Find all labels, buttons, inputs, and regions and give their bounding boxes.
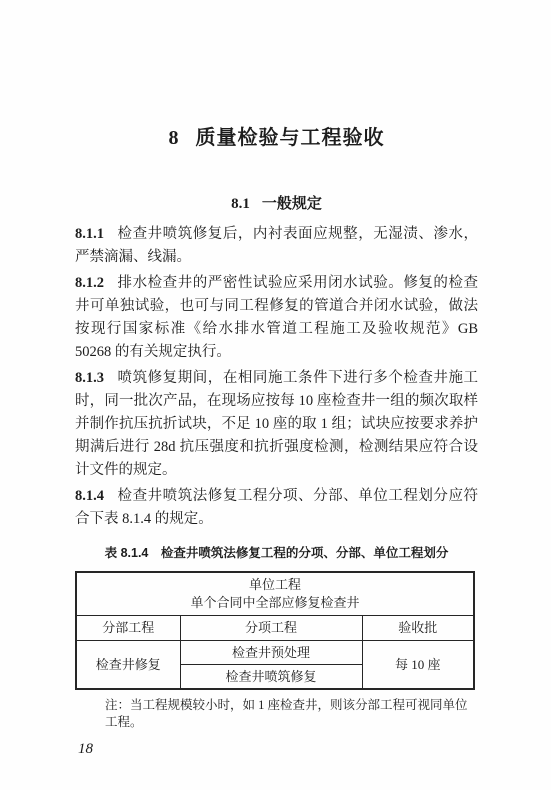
clause-8-1-3: 8.1.3喷筑修复期间，在相同施工条件下进行多个检查井施工时，同一批次产品，在现… [75,367,478,482]
clause-text: 检查井喷筑法修复工程分项、分部、单位工程划分应符合下表 8.1.4 的规定。 [75,488,478,527]
clause-8-1-1: 8.1.1检查井喷筑修复后，内衬表面应规整，无湿渍、渗水，严禁滴漏、线漏。 [75,223,478,269]
note-label: 注： [105,698,130,712]
chapter-title-text: 质量检验与工程验收 [196,127,385,149]
spec-table: 单位工程 单个合同中全部应修复检查井 分部工程 分项工程 验收批 检查井修复 检… [75,571,475,690]
col-header-subdivision: 分部工程 [76,616,180,641]
col-header-subitem: 分项工程 [180,616,362,641]
clause-number: 8.1.1 [75,226,104,242]
clause-text: 排水检查井的严密性试验应采用闭水试验。修复的检查井可单独试验，也可与同工程修复的… [75,275,478,360]
table-row-repair-1: 检查井修复 检查井预处理 每 10 座 [76,641,474,665]
subitem-cell-pretreatment: 检查井预处理 [180,641,362,665]
section-title: 8.1一般规定 [75,194,478,214]
batch-cell: 每 10 座 [362,641,474,690]
table-caption: 表 8.1.4 检查井喷筑法修复工程的分项、分部、单位工程划分 [75,545,478,562]
unit-project-cell: 单位工程 单个合同中全部应修复检查井 [76,572,474,616]
table-row-unit-project: 单位工程 单个合同中全部应修复检查井 [76,572,474,616]
unit-project-line1: 单位工程 [79,576,471,594]
chapter-title: 8质量检验与工程验收 [75,127,478,150]
table-row-column-headers: 分部工程 分项工程 验收批 [76,616,474,641]
note-text: 当工程规模较小时，如 1 座检查井，则该分部工程可视同单位工程。 [105,698,468,729]
subdivision-cell: 检查井修复 [76,641,180,690]
page-number: 18 [78,740,478,758]
clause-text: 喷筑修复期间，在相同施工条件下进行多个检查井施工时，同一批次产品，在现场应按每 … [75,370,478,478]
chapter-number: 8 [169,127,179,149]
section-title-text: 一般规定 [262,195,322,212]
unit-project-line2: 单个合同中全部应修复检查井 [79,594,471,612]
clause-number: 8.1.3 [75,370,104,386]
clause-text: 检查井喷筑修复后，内衬表面应规整，无湿渍、渗水，严禁滴漏、线漏。 [75,226,478,265]
document-page: 8质量检验与工程验收 8.1一般规定 8.1.1检查井喷筑修复后，内衬表面应规整… [0,0,551,790]
clause-8-1-2: 8.1.2排水检查井的严密性试验应采用闭水试验。修复的检查井可单独试验，也可与同… [75,272,478,364]
table-note: 注：当工程规模较小时，如 1 座检查井，则该分部工程可视同单位工程。 [75,697,478,731]
clause-number: 8.1.4 [75,488,104,504]
section-number: 8.1 [231,196,250,212]
subitem-cell-spray-repair: 检查井喷筑修复 [180,665,362,690]
clause-number: 8.1.2 [75,275,104,291]
col-header-batch: 验收批 [362,616,474,641]
clause-8-1-4: 8.1.4检查井喷筑法修复工程分项、分部、单位工程划分应符合下表 8.1.4 的… [75,485,478,531]
